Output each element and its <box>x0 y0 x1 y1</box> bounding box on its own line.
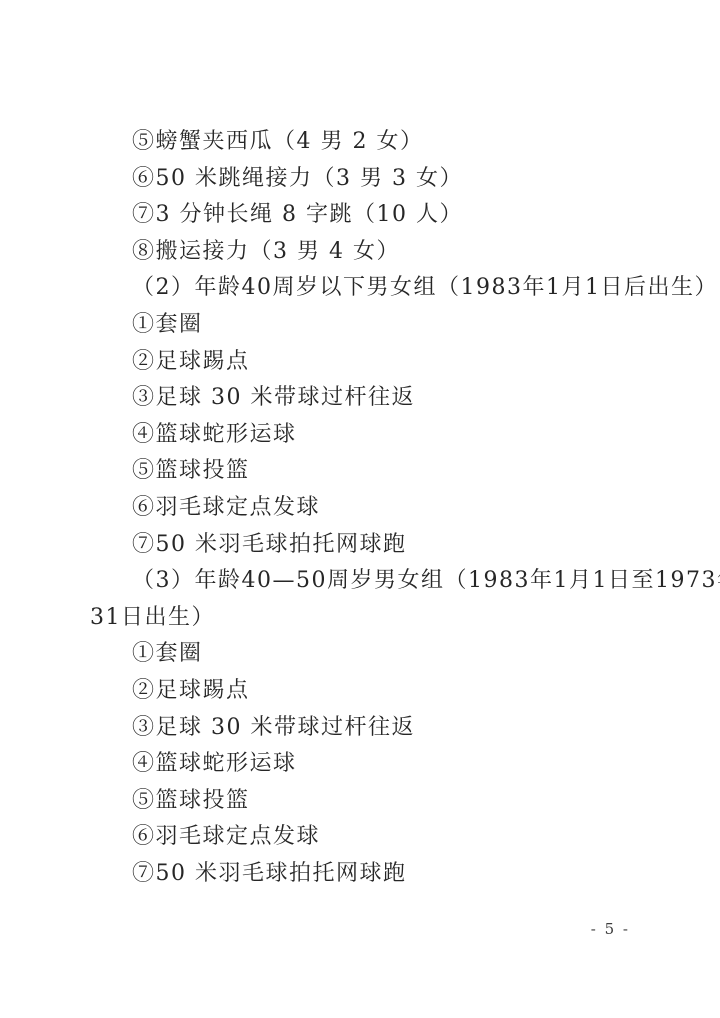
list-item: ④篮球蛇形运球 <box>90 746 650 783</box>
list-item: ⑥羽毛球定点发球 <box>90 819 650 856</box>
list-item: ④篮球蛇形运球 <box>90 417 650 454</box>
list-item: ⑤篮球投篮 <box>90 783 650 820</box>
list-item: ①套圈 <box>90 636 650 673</box>
list-item: ②足球踢点 <box>90 673 650 710</box>
list-item: ③足球 30 米带球过杆往返 <box>90 710 650 747</box>
group-heading: （3）年龄40—50周岁男女组（1983年1月1日至1973年12月 <box>90 563 650 600</box>
list-item: ①套圈 <box>90 307 650 344</box>
list-item: ⑧搬运接力（3 男 4 女） <box>90 234 650 271</box>
list-item: ⑥50 米跳绳接力（3 男 3 女） <box>90 161 650 198</box>
list-item: ⑦50 米羽毛球拍托网球跑 <box>90 856 650 893</box>
group-heading: （2）年龄40周岁以下男女组（1983年1月1日后出生） <box>90 270 650 307</box>
list-item: ②足球踢点 <box>90 344 650 381</box>
list-item: ⑦3 分钟长绳 8 字跳（10 人） <box>90 197 650 234</box>
document-page: ⑤螃蟹夹西瓜（4 男 2 女） ⑥50 米跳绳接力（3 男 3 女） ⑦3 分钟… <box>0 0 720 1018</box>
list-item: ⑤螃蟹夹西瓜（4 男 2 女） <box>90 124 650 161</box>
document-body: ⑤螃蟹夹西瓜（4 男 2 女） ⑥50 米跳绳接力（3 男 3 女） ⑦3 分钟… <box>90 124 650 892</box>
list-item: ⑦50 米羽毛球拍托网球跑 <box>90 527 650 564</box>
group-heading-wrap: 31日出生） <box>90 600 650 637</box>
list-item: ③足球 30 米带球过杆往返 <box>90 380 650 417</box>
page-number: - 5 - <box>591 920 630 938</box>
list-item: ⑥羽毛球定点发球 <box>90 490 650 527</box>
list-item: ⑤篮球投篮 <box>90 453 650 490</box>
